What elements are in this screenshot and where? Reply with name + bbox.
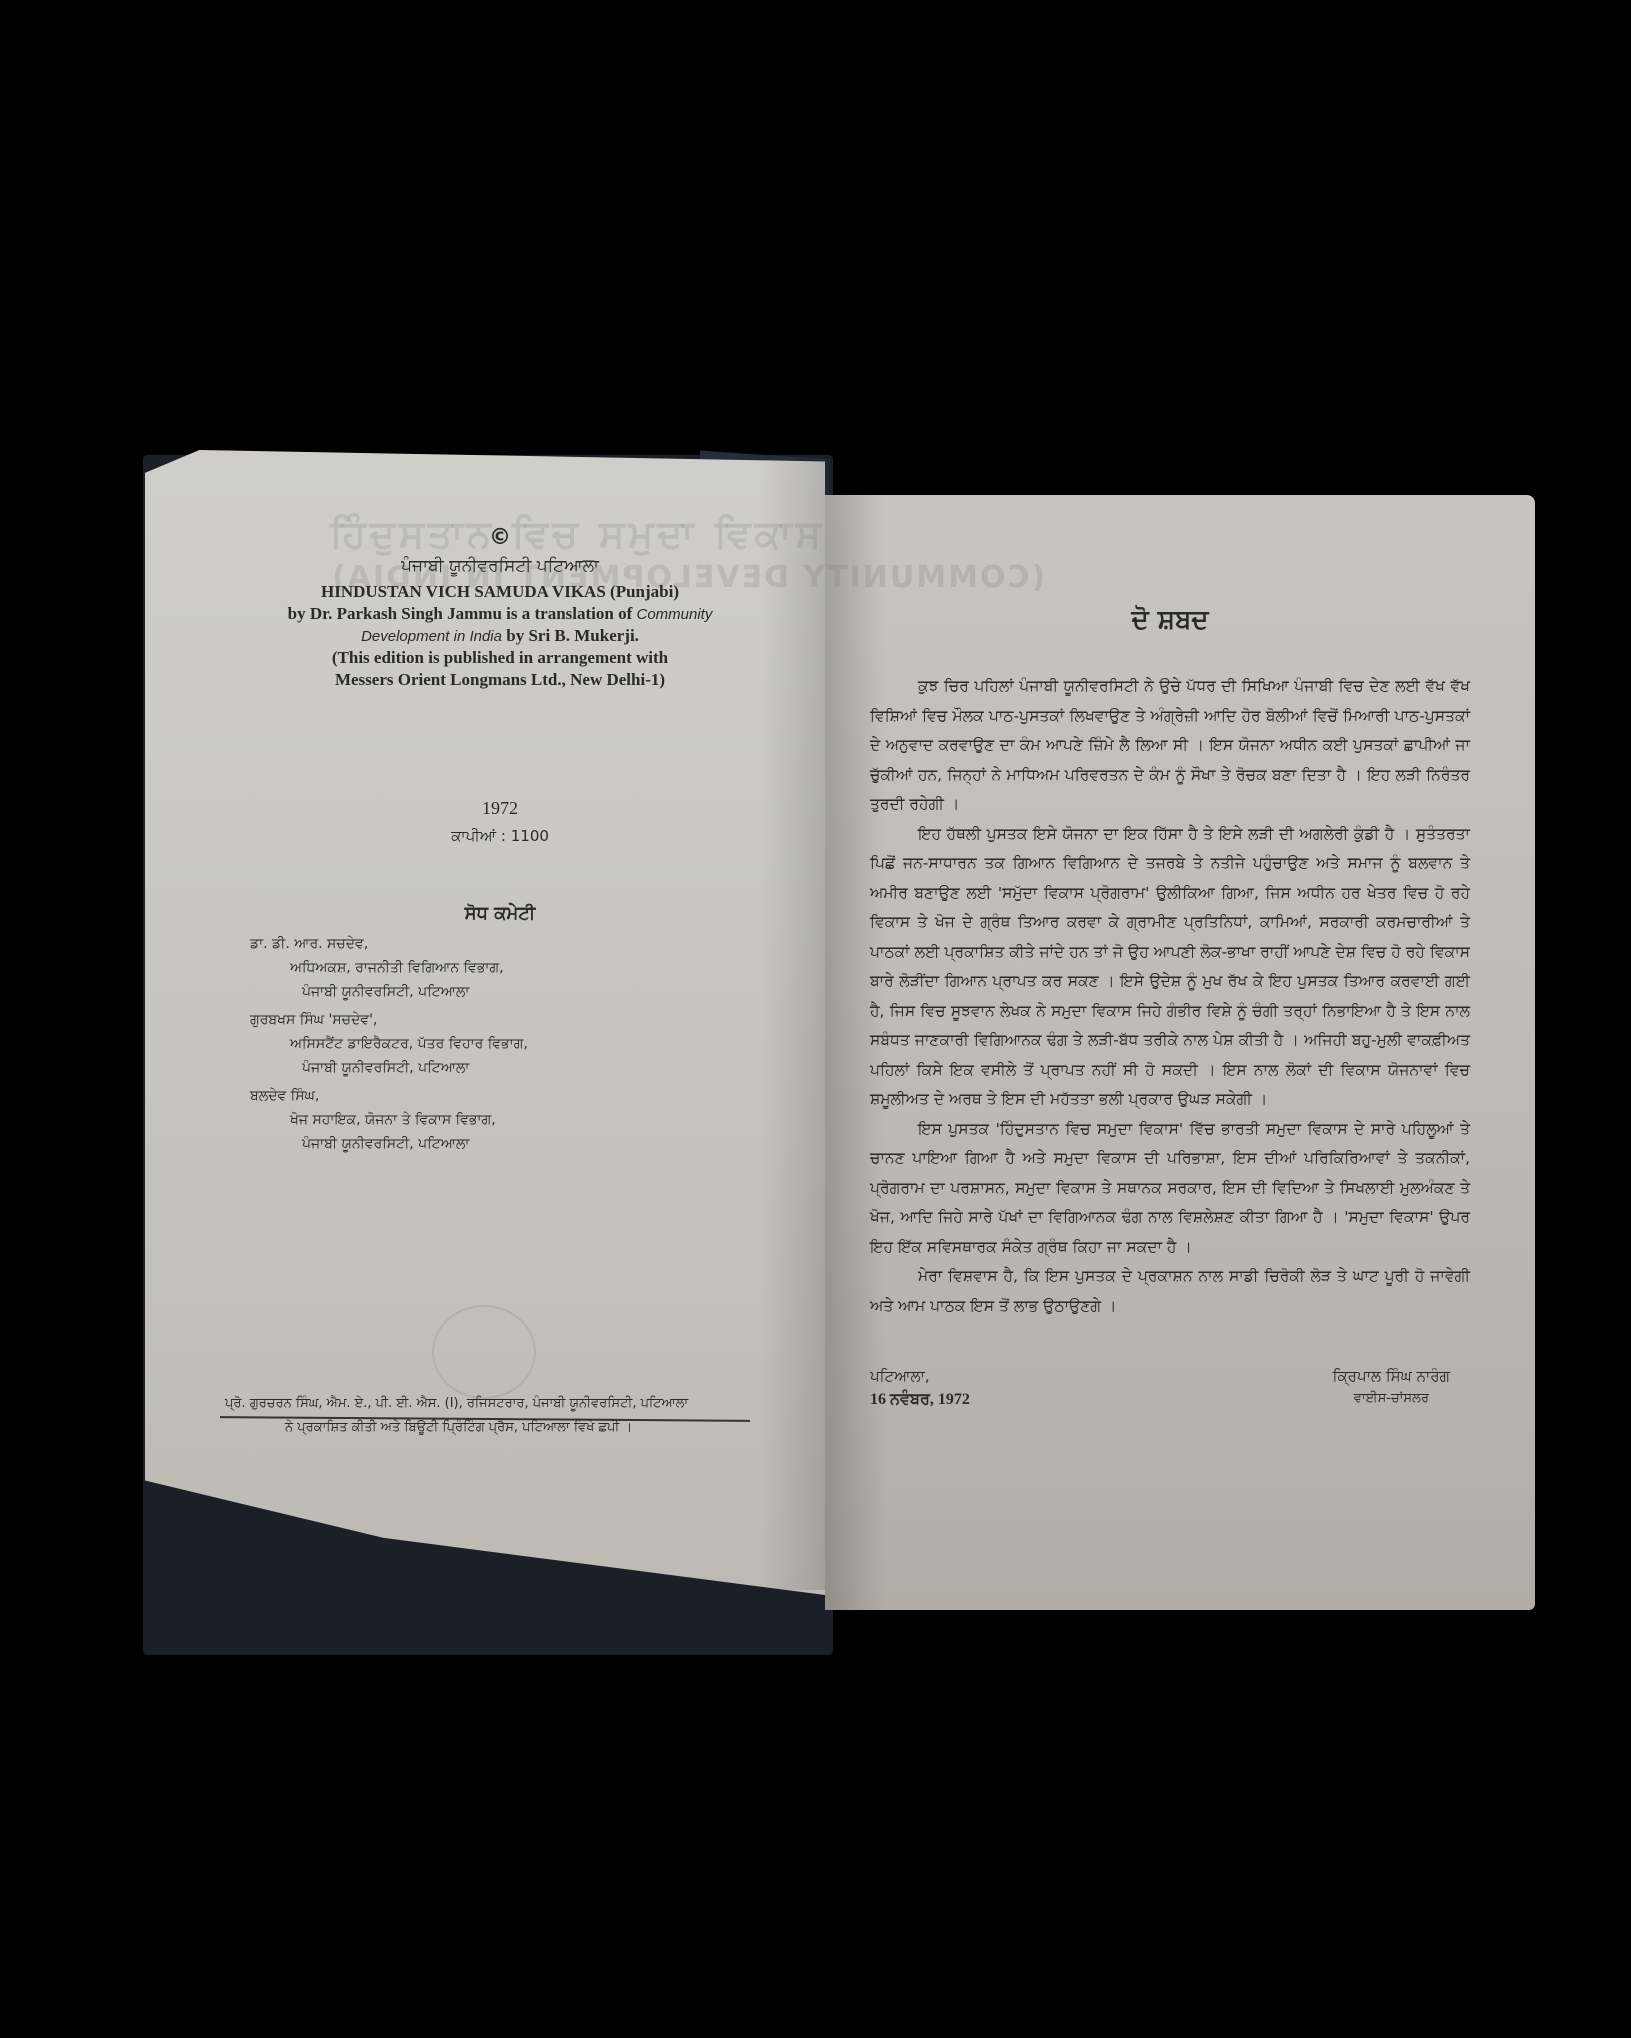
publication-year: 1972 — [250, 798, 750, 819]
embossed-stamp — [432, 1305, 536, 1399]
committee-member: ਡਾ. ਡੀ. ਆਰ. ਸਚਦੇਵ, ਅਧਿਅਕਸ਼, ਰਾਜਨੀਤੀ ਵਿਗਿ… — [250, 936, 750, 1000]
member-role: ਅਸਿਸਟੈਂਟ ਡਾਇਰੈਕਟਰ, ਪੱਤਰ ਵਿਹਾਰ ਵਿਭਾਗ, — [290, 1036, 750, 1052]
signatory: ਕ੍ਰਿਪਾਲ ਸਿੰਘ ਨਾਰੰਗ ਵਾਈਸ-ਚਾਂਸਲਰ — [1333, 1367, 1470, 1415]
committee-member: ਬਲਦੇਵ ਸਿੰਘ, ਖੋਜ ਸਹਾਇਕ, ਯੋਜਨਾ ਤੇ ਵਿਕਾਸ ਵਿ… — [250, 1088, 750, 1152]
foreword-paragraph: ਇਸ ਪੁਸਤਕ 'ਹਿੰਦੁਸਤਾਨ ਵਿਚ ਸਮੁਦਾ ਵਿਕਾਸ' ਵਿੱ… — [870, 1115, 1470, 1263]
credit-line: by Dr. Parkash Singh Jammu is a translat… — [250, 604, 750, 624]
copyright-symbol: © — [250, 525, 750, 550]
committee-title: ਸੋਧ ਕਮੇਟੀ — [250, 903, 750, 924]
credit-text-1: by Dr. Parkash Singh Jammu is a translat… — [288, 604, 633, 623]
signatory-title: ਵਾਈਸ-ਚਾਂਸਲਰ — [1333, 1391, 1450, 1406]
date: 16 ਨਵੰਬਰ, 1972 — [870, 1391, 970, 1409]
foreword-paragraph: ਇਹ ਹੱਥਲੀ ਪੁਸਤਕ ਇਸੇ ਯੋਜਨਾ ਦਾ ਇਕ ਹਿੱਸਾ ਹੈ … — [870, 820, 1470, 1115]
member-affiliation: ਪੰਜਾਬੀ ਯੂਨੀਵਰਸਿਟੀ, ਪਟਿਆਲਾ — [302, 1060, 750, 1076]
member-role: ਖੋਜ ਸਹਾਇਕ, ਯੋਜਨਾ ਤੇ ਵਿਕਾਸ ਵਿਭਾਗ, — [290, 1112, 750, 1128]
member-name: ਬਲਦੇਵ ਸਿੰਘ, — [250, 1088, 750, 1104]
left-page-gutter-shadow — [760, 460, 830, 1590]
credit-italic-1: Community — [637, 606, 713, 623]
foreword-paragraph: ਕੁਝ ਚਿਰ ਪਹਿਲਾਂ ਪੰਜਾਬੀ ਯੂਨੀਵਰਸਿਟੀ ਨੇ ਉਚੇ … — [870, 672, 1470, 820]
member-affiliation: ਪੰਜਾਬੀ ਯੂਨੀਵਰਸਿਟੀ, ਪਟਿਆਲਾ — [302, 1136, 750, 1152]
place-date: ਪਟਿਆਲਾ, 16 ਨਵੰਬਰ, 1972 — [870, 1367, 970, 1415]
copies-count: ਕਾਪੀਆਂ : 1100 — [250, 827, 750, 845]
member-affiliation: ਪੰਜਾਬੀ ਯੂਨੀਵਰਸਿਟੀ, ਪਟਿਆਲਾ — [302, 984, 750, 1000]
member-name: ਡਾ. ਡੀ. ਆਰ. ਸਚਦੇਵ, — [250, 936, 750, 952]
committee-member: ਗੁਰਬਖਸ ਸਿੰਘ 'ਸਚਦੇਵ', ਅਸਿਸਟੈਂਟ ਡਾਇਰੈਕਟਰ, … — [250, 1012, 750, 1076]
credit-italic-2: Development in India — [361, 628, 502, 645]
edition-note-1: (This edition is published in arrangemen… — [250, 648, 750, 668]
printer-imprint: ਪ੍ਰੋ. ਗੁਰਚਰਨ ਸਿੰਘ, ਐਮ. ਏ., ਪੀ. ਈ. ਐਸ. (I… — [225, 1392, 755, 1440]
signature-block: ਪਟਿਆਲਾ, 16 ਨਵੰਬਰ, 1972 ਕ੍ਰਿਪਾਲ ਸਿੰਘ ਨਾਰੰ… — [870, 1367, 1470, 1415]
credit-line-2: Development in India by Sri B. Mukerji. — [250, 626, 750, 646]
imprint-page: © ਪੰਜਾਬੀ ਯੂਨੀਵਰਸਿਟੀ ਪਟਿਆਲਾ HINDUSTAN VIC… — [250, 525, 750, 1152]
foreword-page: ਦੋ ਸ਼ਬਦ ਕੁਝ ਚਿਰ ਪਹਿਲਾਂ ਪੰਜਾਬੀ ਯੂਨੀਵਰਸਿਟੀ… — [870, 605, 1470, 1415]
place: ਪਟਿਆਲਾ, — [870, 1367, 970, 1385]
edition-note-2: Messers Orient Longmans Ltd., New Delhi-… — [250, 670, 750, 690]
printer-line-2: ਨੇ ਪ੍ਰਕਾਸ਼ਿਤ ਕੀਤੀ ਅਤੇ ਬਿਊਟੀ ਪ੍ਰਿੰਟਿੰਗ ਪ੍… — [225, 1416, 755, 1440]
foreword-paragraph: ਮੇਰਾ ਵਿਸ਼ਵਾਸ ਹੈ, ਕਿ ਇਸ ਪੁਸਤਕ ਦੇ ਪ੍ਰਕਾਸ਼ਨ… — [870, 1262, 1470, 1321]
english-title: HINDUSTAN VICH SAMUDA VIKAS (Punjabi) — [250, 582, 750, 602]
printer-line-1: ਪ੍ਰੋ. ਗੁਰਚਰਨ ਸਿੰਘ, ਐਮ. ਏ., ਪੀ. ਈ. ਐਸ. (I… — [225, 1392, 755, 1416]
credit-text-2: by Sri B. Mukerji. — [506, 626, 639, 645]
signatory-name: ਕ੍ਰਿਪਾਲ ਸਿੰਘ ਨਾਰੰਗ — [1333, 1367, 1450, 1385]
publisher-name: ਪੰਜਾਬੀ ਯੂਨੀਵਰਸਿਟੀ ਪਟਿਆਲਾ — [250, 556, 750, 576]
foreword-title: ਦੋ ਸ਼ਬਦ — [870, 605, 1470, 636]
member-name: ਗੁਰਬਖਸ ਸਿੰਘ 'ਸਚਦੇਵ', — [250, 1012, 750, 1028]
member-role: ਅਧਿਅਕਸ਼, ਰਾਜਨੀਤੀ ਵਿਗਿਆਨ ਵਿਭਾਗ, — [290, 960, 750, 976]
